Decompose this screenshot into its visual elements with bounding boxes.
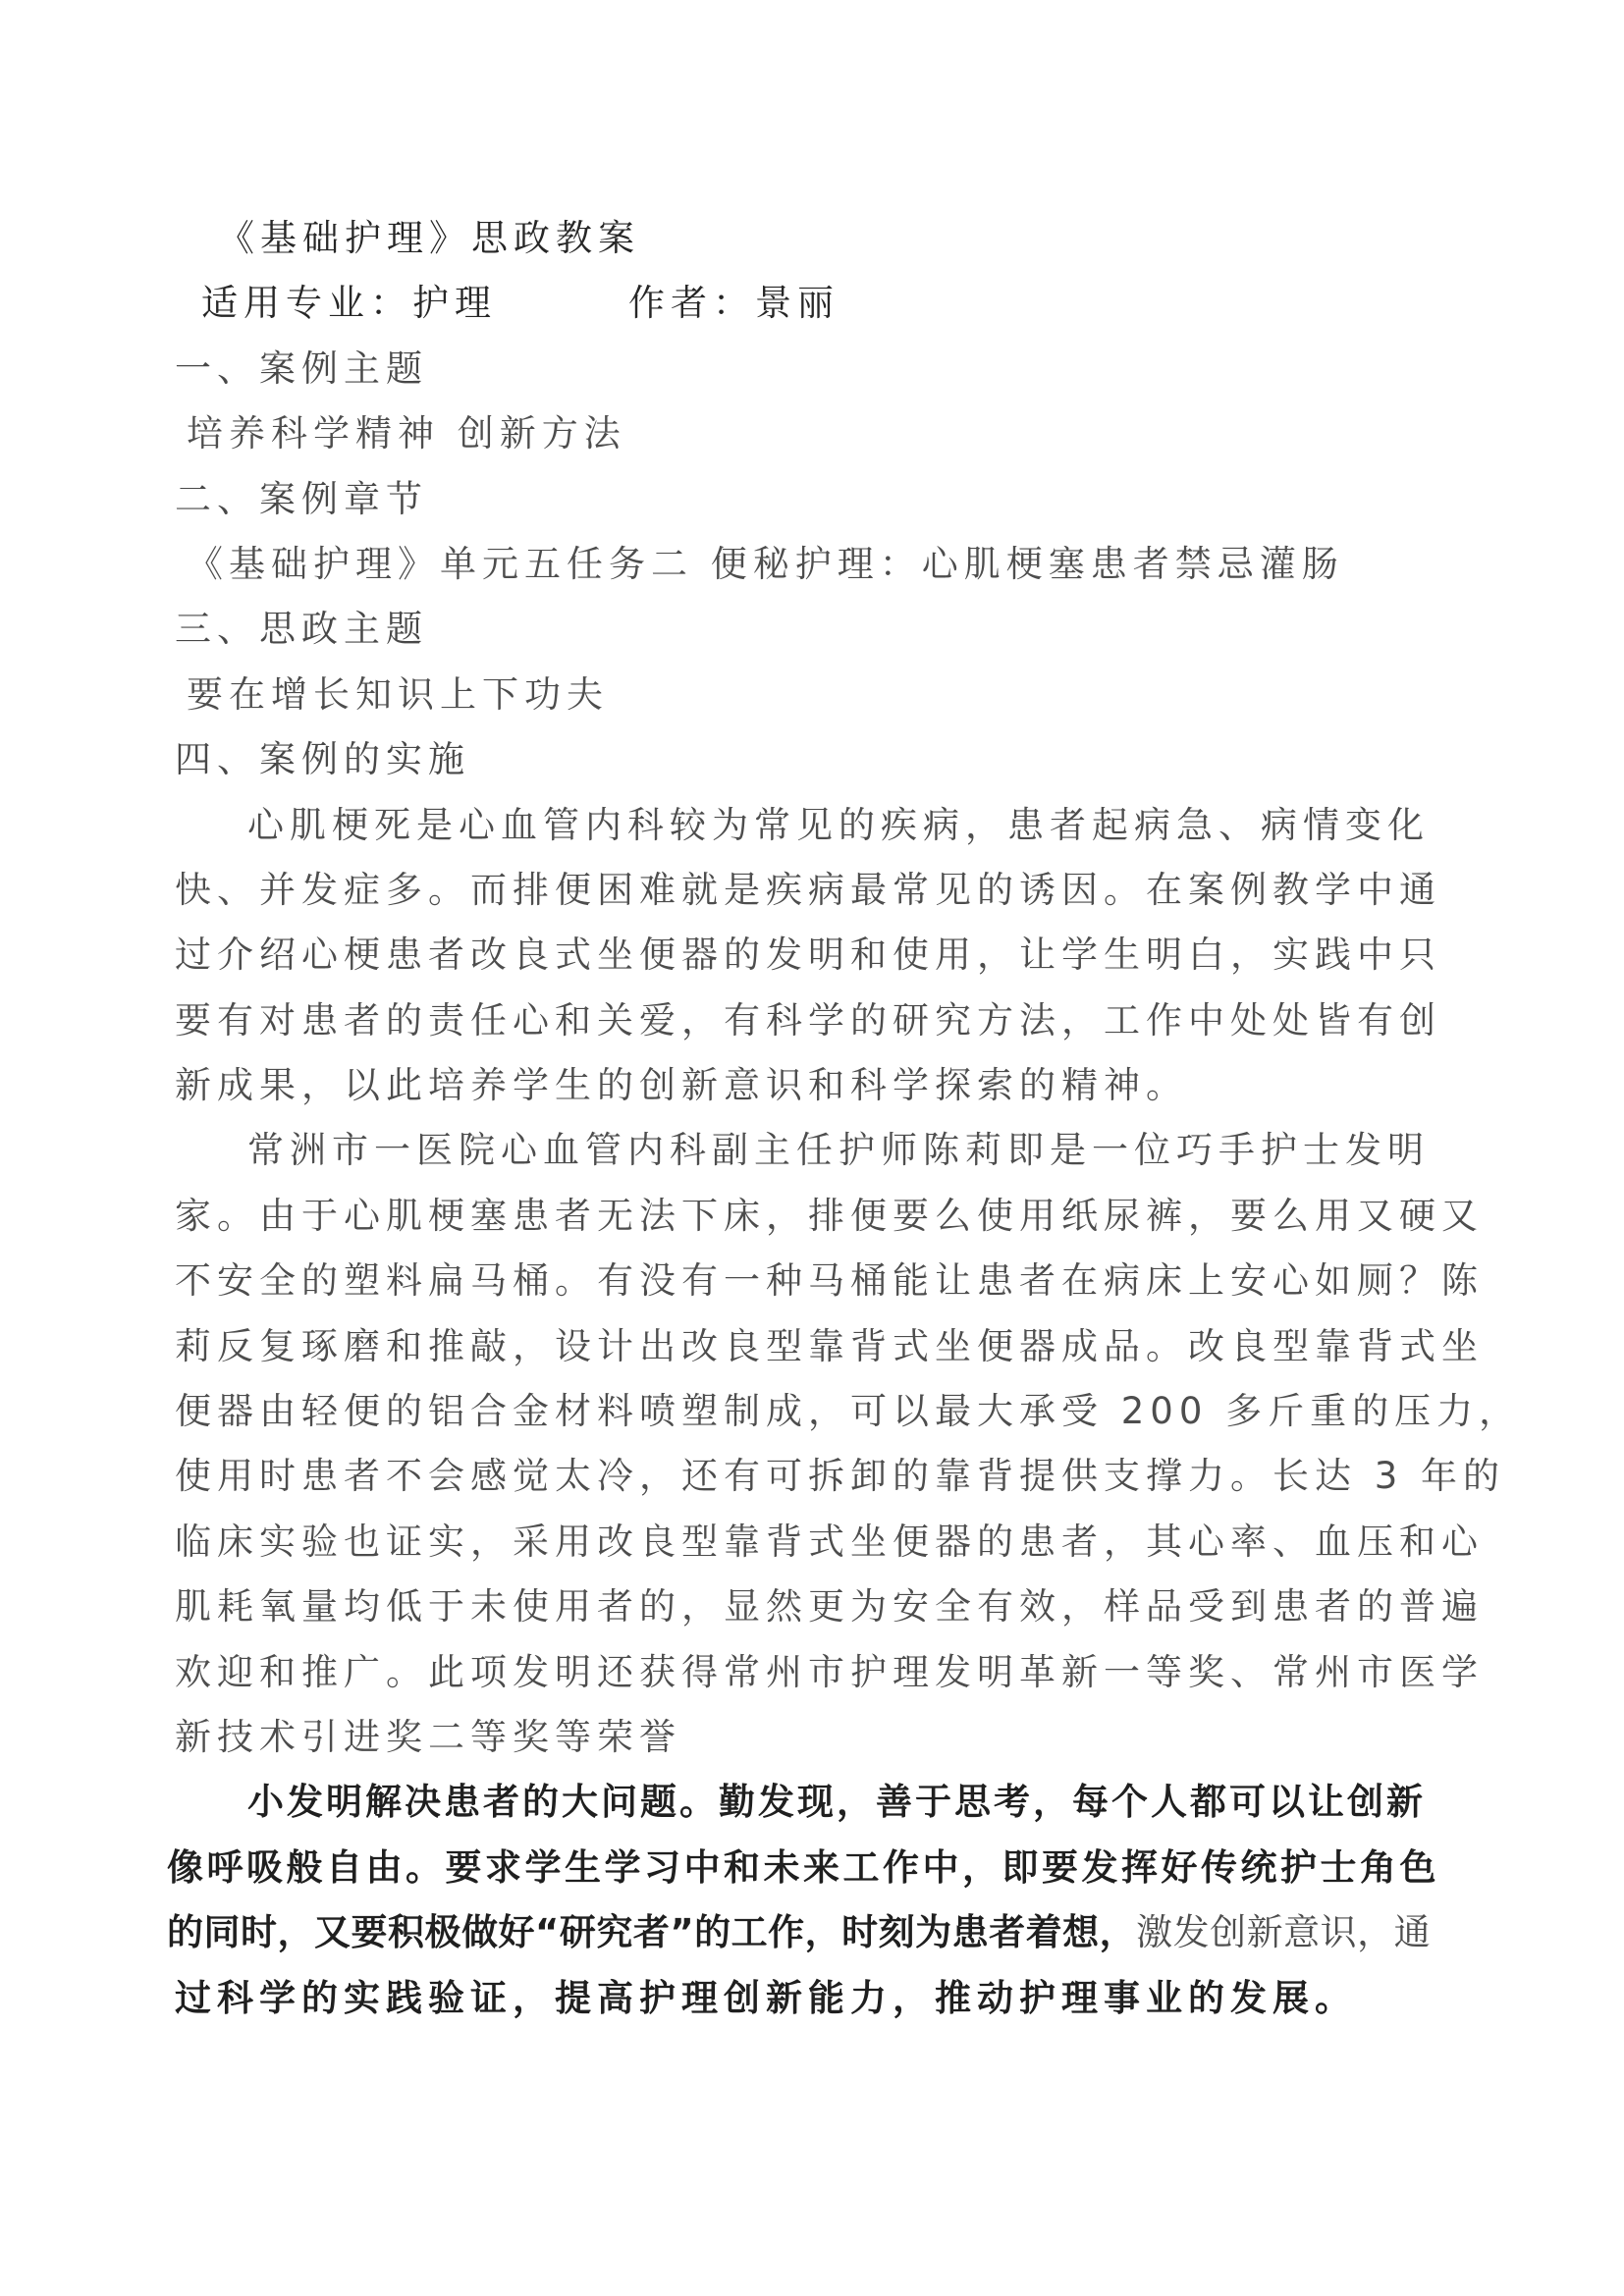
bold-paragraph-first-line: 小发明解决患者的大问题。勤发现，善于思考，每个人都可以让创新 <box>247 1770 1624 1835</box>
paragraph-line: 临床实验也证实，采用改良型靠背式坐便器的患者，其心率、血压和心 <box>175 1510 1624 1575</box>
doc-title: 《基础护理》思政教案 <box>218 206 1624 271</box>
paragraph-first-line: 常洲市一医院心血管内科副主任护师陈莉即是一位巧手护士发明 <box>247 1118 1624 1183</box>
section-heading: 四、案例的实施 <box>175 727 1624 792</box>
paragraph-line: 肌耗氧量均低于未使用者的，显然更为安全有效，样品受到患者的普遍 <box>175 1575 1624 1639</box>
section-subline: 要在增长知识上下功夫 <box>187 663 1624 727</box>
author-label: 作者：景丽 <box>628 282 839 324</box>
paragraph-line: 快、并发症多。而排便困难就是疾病最常见的诱因。在案例教学中通 <box>175 858 1624 923</box>
text-run-bold: 的同时，又要积极做好“研究者”的工作，时刻为患者着想， <box>167 1911 1136 1953</box>
paragraph-line: 家。由于心肌梗塞患者无法下床，排便要么使用纸尿裤，要么用又硬又 <box>175 1184 1624 1249</box>
section-subline: 《基础护理》单元五任务二 便秘护理：心肌梗塞患者禁忌灌肠 <box>187 532 1624 597</box>
paragraph-line: 不安全的塑料扁马桶。有没有一种马桶能让患者在病床上安心如厕？陈 <box>175 1249 1624 1313</box>
bold-paragraph-line: 像呼吸般自由。要求学生学习中和未来工作中，即要发挥好传统护士角色 <box>167 1836 1624 1900</box>
text-run-regular: 激发创新意识，通 <box>1136 1911 1431 1953</box>
paragraph-line: 新成果，以此培养学生的创新意识和科学探索的精神。 <box>175 1053 1624 1118</box>
document-page: 《基础护理》思政教案适用专业：护理作者：景丽一、案例主题培养科学精神 创新方法二… <box>0 0 1624 2296</box>
section-subline: 培养科学精神 创新方法 <box>187 401 1624 466</box>
page-content: 《基础护理》思政教案适用专业：护理作者：景丽一、案例主题培养科学精神 创新方法二… <box>0 0 1624 2031</box>
major-label: 适用专业：护理 <box>201 282 497 324</box>
paragraph-line: 新技术引进奖二等奖等荣誉 <box>175 1705 1624 1770</box>
paragraph-line: 欢迎和推广。此项发明还获得常州市护理发明革新一等奖、常州市医学 <box>175 1640 1624 1705</box>
paragraph-line: 使用时患者不会感觉太冷，还有可拆卸的靠背提供支撑力。长达 3 年的 <box>175 1444 1624 1509</box>
paragraph-line: 过介绍心梗患者改良式坐便器的发明和使用，让学生明白，实践中只 <box>175 923 1624 988</box>
bold-paragraph-line: 的同时，又要积极做好“研究者”的工作，时刻为患者着想，激发创新意识，通 <box>167 1900 1624 1965</box>
paragraph-line: 莉反复琢磨和推敲，设计出改良型靠背式坐便器成品。改良型靠背式坐 <box>175 1314 1624 1379</box>
section-heading: 一、案例主题 <box>175 337 1624 401</box>
section-heading: 三、思政主题 <box>175 597 1624 662</box>
section-heading: 二、案例章节 <box>175 467 1624 532</box>
paragraph-line: 要有对患者的责任心和关爱，有科学的研究方法，工作中处处皆有创 <box>175 988 1624 1053</box>
paragraph-first-line: 心肌梗死是心血管内科较为常见的疾病，患者起病急、病情变化 <box>247 793 1624 858</box>
meta-line: 适用专业：护理作者：景丽 <box>201 271 1624 336</box>
bold-paragraph-line: 过科学的实践验证，提高护理创新能力，推动护理事业的发展。 <box>175 1966 1624 2031</box>
paragraph-line: 便器由轻便的铝合金材料喷塑制成，可以最大承受 200 多斤重的压力， <box>175 1379 1624 1444</box>
